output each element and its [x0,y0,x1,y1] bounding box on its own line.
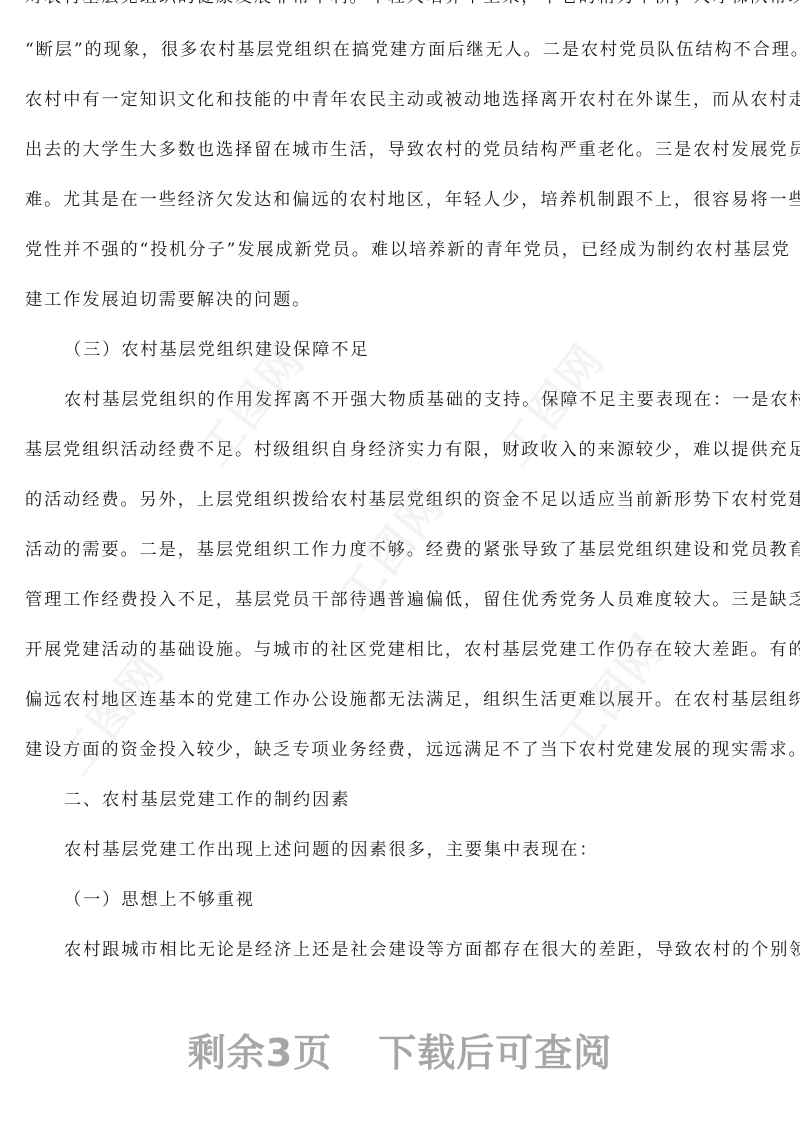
section-heading: 二、农村基层党建工作的制约因素 [64,789,800,811]
paragraph-line: 农村中有一定知识文化和技能的中青年农民主动或被动地选择离开农村在外谋生，而从农村… [25,89,775,111]
paragraph-line: 农村跟城市相比无论是经济上还是社会建设等方面都存在很大的差距，导致农村的个别领 [64,939,800,961]
remaining-pages-label: 剩余3页 [188,1022,332,1077]
paragraph-line: 农村基层党建工作出现上述问题的因素很多，主要集中表现在： [64,839,800,861]
download-prompt-label: 下载后可查阅 [378,1022,612,1077]
paragraph-line: 建工作发展迫切需要解决的问题。 [25,289,775,311]
paragraph-line: 出去的大学生大多数也选择留在城市生活，导致农村的党员结构严重老化。三是农村发展党… [25,139,775,161]
paragraph-line: 偏远农村地区连基本的党建工作办公设施都无法满足，组织生活更难以展开。在农村基层组… [25,689,775,711]
paragraph-line: 难。尤其是在一些经济欠发达和偏远的农村地区，年轻人少，培养机制跟不上，很容易将一… [25,189,775,211]
paragraph-line: 对农村基层党组织的健康发展非常不利。年轻人培养不上来，年老的精力不济，人才梯队常… [25,0,775,8]
subsection-heading: （一）思想上不够重视 [64,889,800,911]
remaining-pages-banner[interactable]: 剩余3页下载后可查阅 [0,1022,800,1077]
paragraph-line: 活动的需要。二是，基层党组织工作力度不够。经费的紧张导致了基层党组织建设和党员教… [25,539,775,561]
paragraph-line: 开展党建活动的基础设施。与城市的社区党建相比，农村基层党建工作仍存在较大差距。有… [25,639,775,661]
paragraph-line: 管理工作经费投入不足，基层党员干部待遇普遍偏低，留住优秀党务人员难度较大。三是缺… [25,589,775,611]
paragraph-line: 基层党组织活动经费不足。村级组织自身经济实力有限，财政收入的来源较少，难以提供充… [25,439,775,461]
paragraph-line: “断层”的现象，很多农村基层党组织在搞党建方面后继无人。二是农村党员队伍结构不合… [25,39,775,61]
paragraph-line: 的活动经费。另外，上层党组织拨给农村基层党组织的资金不足以适应当前新形势下农村党… [25,489,775,511]
paragraph-line: 农村基层党组织的作用发挥离不开强大物质基础的支持。保障不足主要表现在：一是农村 [64,389,800,411]
paragraph-line: 建设方面的资金投入较少，缺乏专项业务经费，远远满足不了当下农村党建发展的现实需求… [25,739,775,761]
section-heading: （三）农村基层党组织建设保障不足 [64,339,800,361]
paragraph-line: 党性并不强的“投机分子”发展成新党员。难以培养新的青年党员，已经成为制约农村基层… [25,239,775,261]
